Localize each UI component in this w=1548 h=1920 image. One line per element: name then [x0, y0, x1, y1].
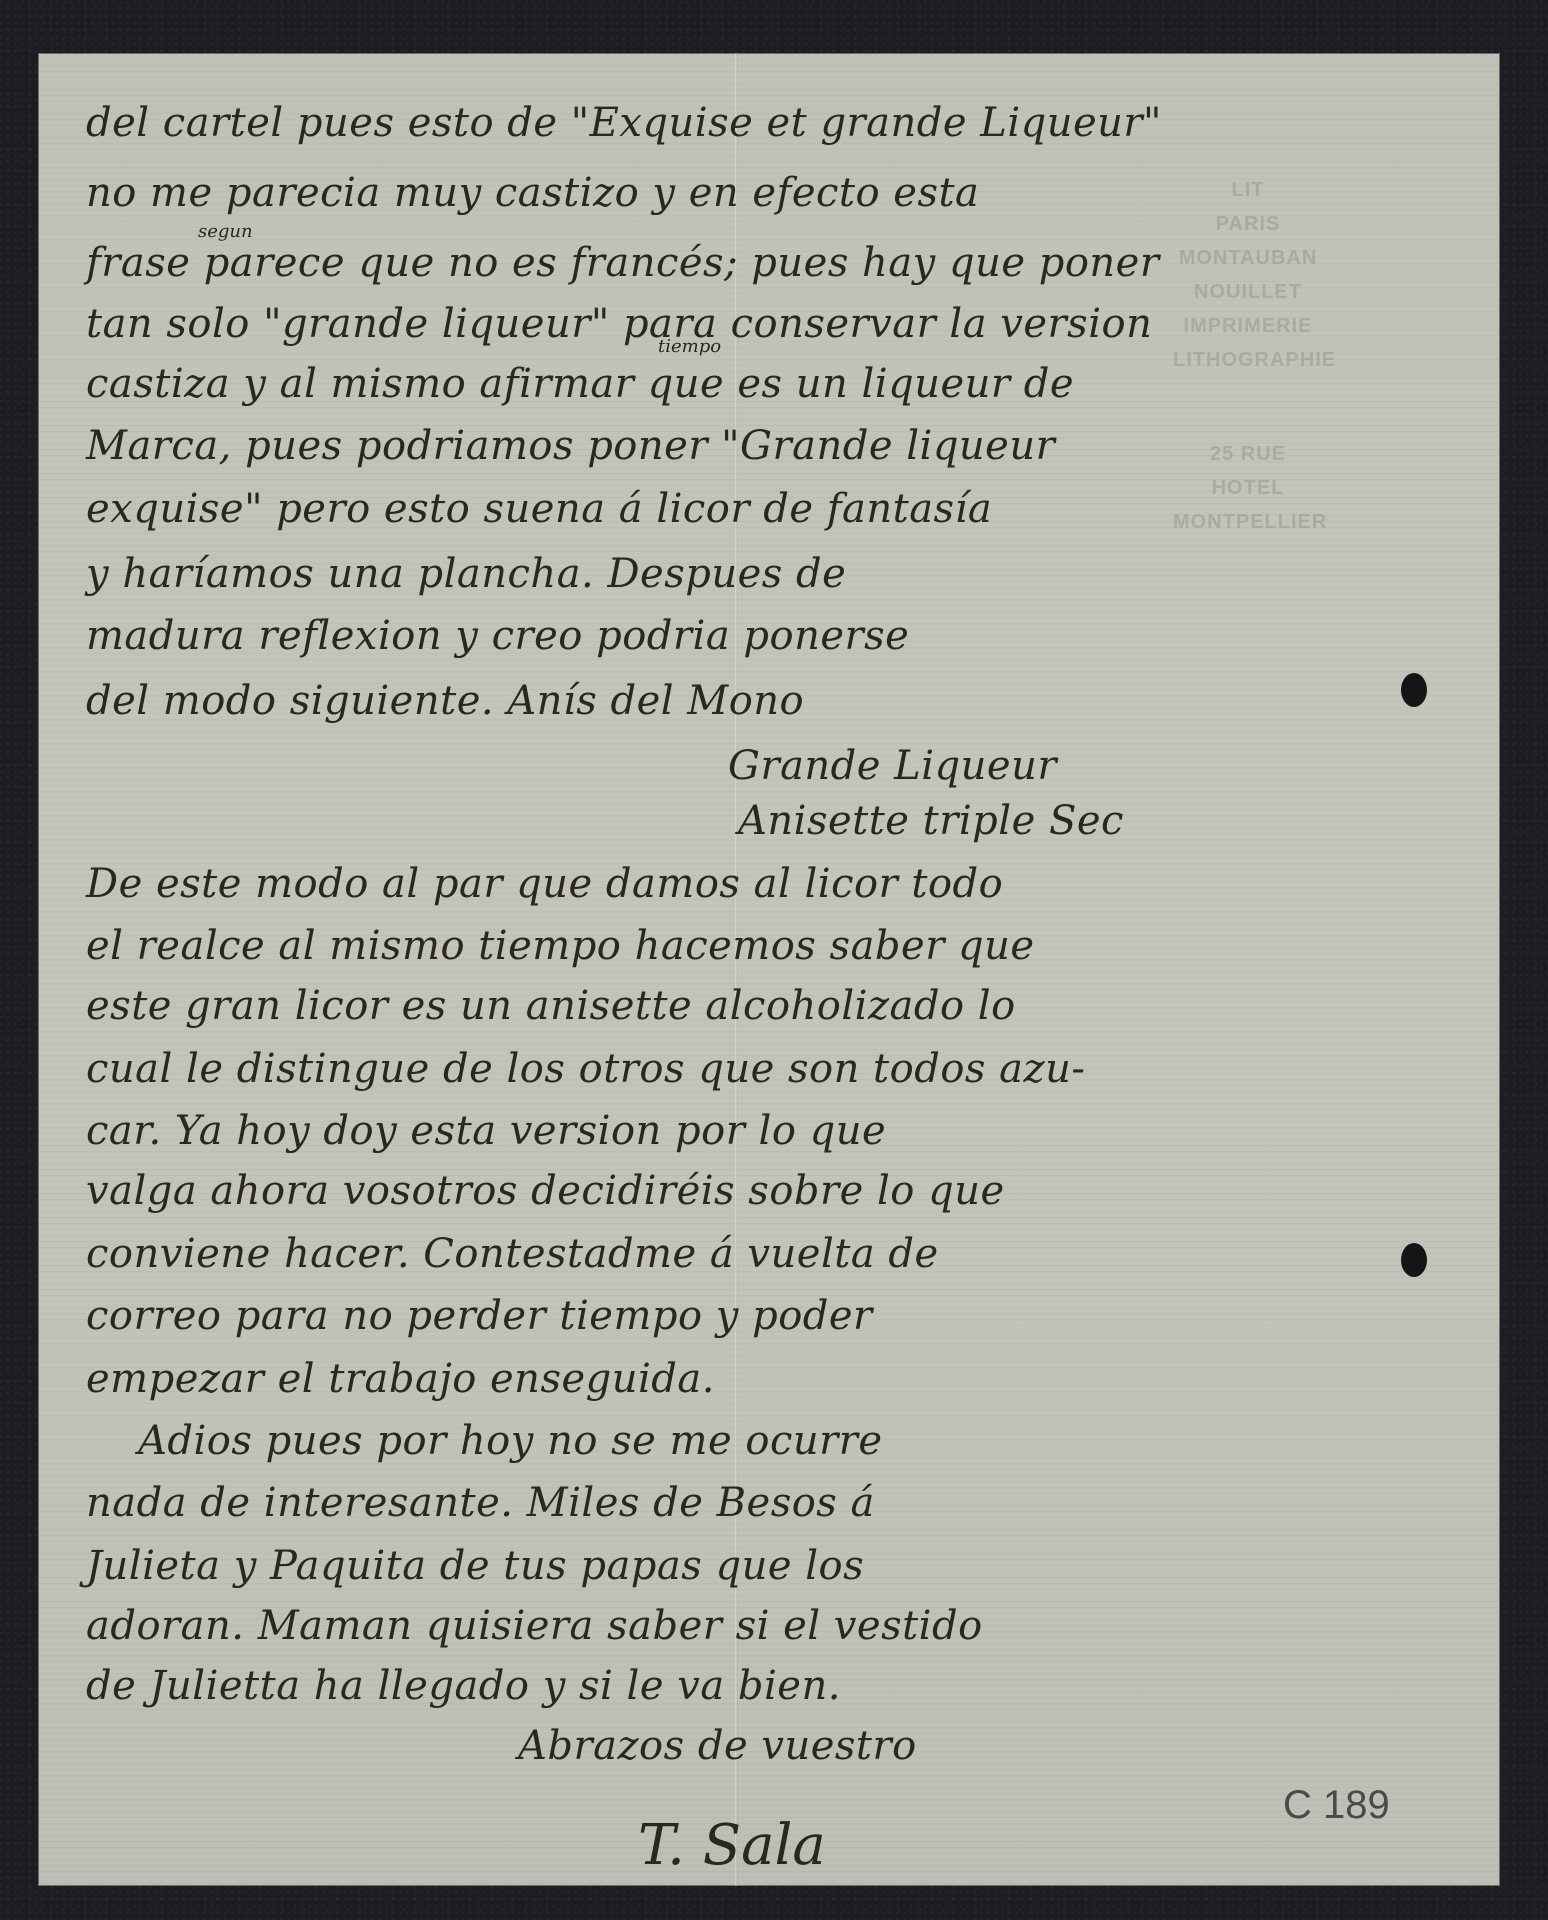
letterhead-text: LITHOGRAPHIE [1173, 343, 1323, 377]
handwritten-line: de Julietta ha llegado y si le va bien. [86, 1663, 841, 1709]
letterhead-text: LIT [1173, 173, 1323, 207]
handwritten-line: correo para no perder tiempo y poder [86, 1293, 873, 1339]
letterhead-text: IMPRIMERIE [1173, 309, 1323, 343]
letterhead-bleedthrough: LIT PARIS MONTAUBAN NOUILLET IMPRIMERIE … [1173, 173, 1323, 539]
handwritten-line: este gran licor es un anisette alcoholiz… [86, 983, 1016, 1029]
letterhead-text: 25 RUE HOTEL [1173, 437, 1323, 505]
letterhead-text: MONTAUBAN [1173, 241, 1323, 275]
handwritten-line: del cartel pues esto de "Exquise et gran… [86, 100, 1162, 146]
handwritten-line: valga ahora vosotros decidiréis sobre lo… [86, 1168, 1005, 1214]
punch-hole [1401, 673, 1427, 707]
handwritten-line: empezar el trabajo enseguida. [86, 1356, 715, 1402]
handwritten-line: Julieta y Paquita de tus papas que los [86, 1543, 864, 1589]
handwritten-line: Adios pues por hoy no se me ocurre [138, 1418, 883, 1464]
letterhead-text: NOUILLET [1173, 275, 1323, 309]
letter-page: LIT PARIS MONTAUBAN NOUILLET IMPRIMERIE … [38, 53, 1500, 1886]
handwritten-line: del modo siguiente. Anís del Mono [86, 678, 804, 724]
handwritten-line: Anisette triple Sec [738, 798, 1124, 844]
handwritten-line: madura reflexion y creo podria ponerse [86, 613, 909, 659]
interlinear-insertion: segun [198, 221, 253, 242]
handwritten-line: conviene hacer. Contestadme á vuelta de [86, 1231, 939, 1277]
archive-mark: C 189 [1283, 1783, 1390, 1828]
handwritten-line: Marca, pues podriamos poner "Grande liqu… [86, 423, 1055, 469]
letterhead-text: MONTPELLIER [1173, 505, 1323, 539]
handwritten-line: el realce al mismo tiempo hacemos saber … [86, 923, 1035, 969]
handwritten-line: nada de interesante. Miles de Besos á [86, 1480, 875, 1526]
handwritten-line: De este modo al par que damos al licor t… [86, 861, 1003, 907]
handwritten-line: castiza y al mismo afirmar que es un liq… [86, 361, 1074, 407]
interlinear-insertion: tiempo [658, 336, 721, 357]
handwritten-line: Grande Liqueur [728, 743, 1057, 789]
letterhead-text: PARIS [1173, 207, 1323, 241]
handwritten-line: adoran. Maman quisiera saber si el vesti… [86, 1603, 983, 1649]
handwritten-line: cual le distingue de los otros que son t… [86, 1046, 1085, 1092]
closing-line: Abrazos de vuestro [518, 1723, 917, 1769]
handwritten-line: car. Ya hoy doy esta version por lo que [86, 1108, 886, 1154]
signature: T. Sala [638, 1813, 826, 1878]
handwritten-line: frase parece que no es francés; pues hay… [86, 240, 1159, 286]
handwritten-line: no me parecia muy castizo y en efecto es… [86, 170, 979, 216]
handwritten-line: exquise" pero esto suena á licor de fant… [86, 486, 992, 532]
punch-hole [1401, 1243, 1427, 1277]
handwritten-line: y haríamos una plancha. Despues de [86, 551, 846, 597]
handwritten-line: tan solo "grande liqueur" para conservar… [86, 301, 1152, 347]
